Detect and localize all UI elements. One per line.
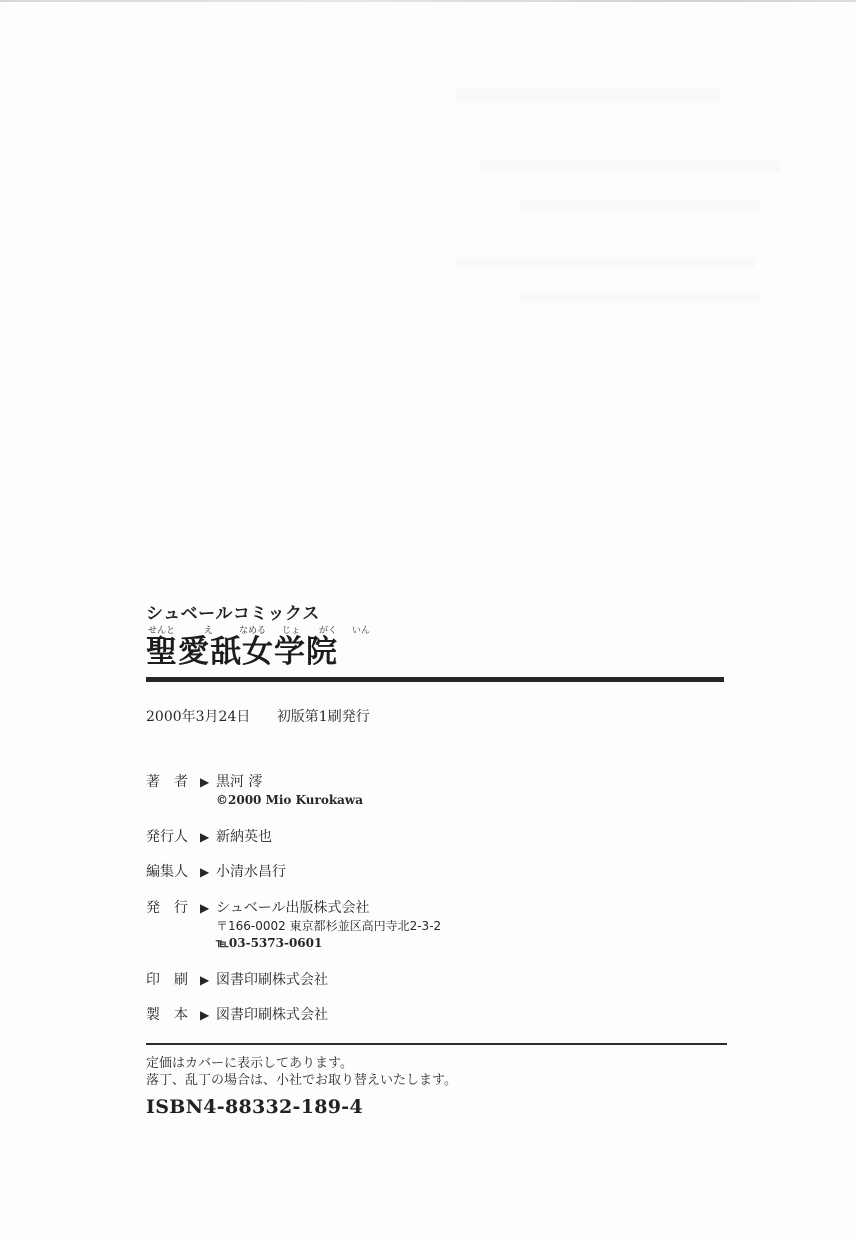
publication-date-line: 2000年3月24日 初版第1刷発行: [146, 707, 728, 727]
credit-name: 図書印刷株式会社: [216, 1005, 328, 1025]
arrow-icon: ▶: [200, 827, 216, 847]
bleed-through-mark: [480, 160, 780, 172]
ruby-text: せんと: [148, 625, 175, 637]
arrow-icon: ▶: [200, 1005, 216, 1025]
bleed-through-mark: [455, 88, 720, 102]
defect-note: 落丁、乱丁の場合は、小社でお取り替えいたします。: [146, 1072, 728, 1089]
credit-role: 製 本: [146, 1005, 200, 1025]
credit-name: 新納英也: [216, 827, 272, 847]
bleed-through-mark: [455, 258, 755, 268]
notes: 定価はカバーに表示してあります。 落丁、乱丁の場合は、小社でお取り替えいたします…: [146, 1055, 728, 1089]
ruby-text: いん: [352, 625, 370, 637]
title-divider: [146, 677, 724, 682]
notes-divider: [146, 1043, 727, 1045]
credit-role: 著 者: [146, 772, 200, 792]
arrow-icon: ▶: [200, 862, 216, 882]
isbn: ISBN4-88332-189-4: [146, 1095, 728, 1119]
credit-role: 編集人: [146, 862, 200, 882]
edition-info: 初版第1刷発行: [277, 709, 370, 725]
ruby-text: なめる: [239, 625, 266, 637]
colophon: シュベールコミックス せんと え なめる じょ がく いん 聖愛舐女学院 200…: [146, 604, 728, 1119]
ruby-text: がく: [319, 625, 337, 637]
arrow-icon: ▶: [200, 772, 216, 792]
arrow-icon: ▶: [200, 970, 216, 990]
credit-binder: 製 本▶図書印刷株式会社: [146, 1005, 728, 1025]
series-name: シュベールコミックス: [146, 604, 728, 624]
credit-publisher: 発 行▶シュベール出版株式会社 〒166-0002 東京都杉並区高円寺北2-3-…: [146, 898, 728, 952]
credit-printer: 印 刷▶図書印刷株式会社: [146, 970, 728, 990]
credit-publisher-person: 発行人▶新納英也: [146, 827, 728, 847]
credits-list: 著 者▶黒河 澪 ©2000 Mio Kurokawa 発行人▶新納英也 編集人…: [146, 772, 728, 1025]
bleed-through-mark: [520, 200, 760, 210]
credit-role: 発行人: [146, 827, 200, 847]
page-top-edge: [0, 0, 856, 2]
credit-role: 印 刷: [146, 970, 200, 990]
ruby-text: じょ: [282, 625, 300, 637]
book-title: 聖愛舐女学院: [146, 634, 728, 670]
credit-role: 発 行: [146, 898, 200, 918]
credit-author: 著 者▶黒河 澪 ©2000 Mio Kurokawa: [146, 772, 728, 809]
credit-name: 小清水昌行: [216, 862, 286, 882]
ruby-text: え: [204, 625, 213, 637]
title-ruby: せんと え なめる じょ がく いん: [146, 625, 728, 637]
bleed-through-mark: [520, 292, 760, 302]
publisher-address: 〒166-0002 東京都杉並区高円寺北2-3-2: [216, 918, 728, 935]
publisher-phone: ℡03-5373-0601: [216, 935, 728, 952]
publication-date: 2000年3月24日: [146, 709, 250, 725]
credit-editor: 編集人▶小清水昌行: [146, 862, 728, 882]
copyright-notice: ©2000 Mio Kurokawa: [216, 792, 728, 809]
credit-name: シュベール出版株式会社: [216, 898, 369, 918]
credit-name: 黒河 澪: [216, 772, 262, 792]
price-note: 定価はカバーに表示してあります。: [146, 1055, 728, 1072]
credit-name: 図書印刷株式会社: [216, 970, 328, 990]
arrow-icon: ▶: [200, 898, 216, 918]
